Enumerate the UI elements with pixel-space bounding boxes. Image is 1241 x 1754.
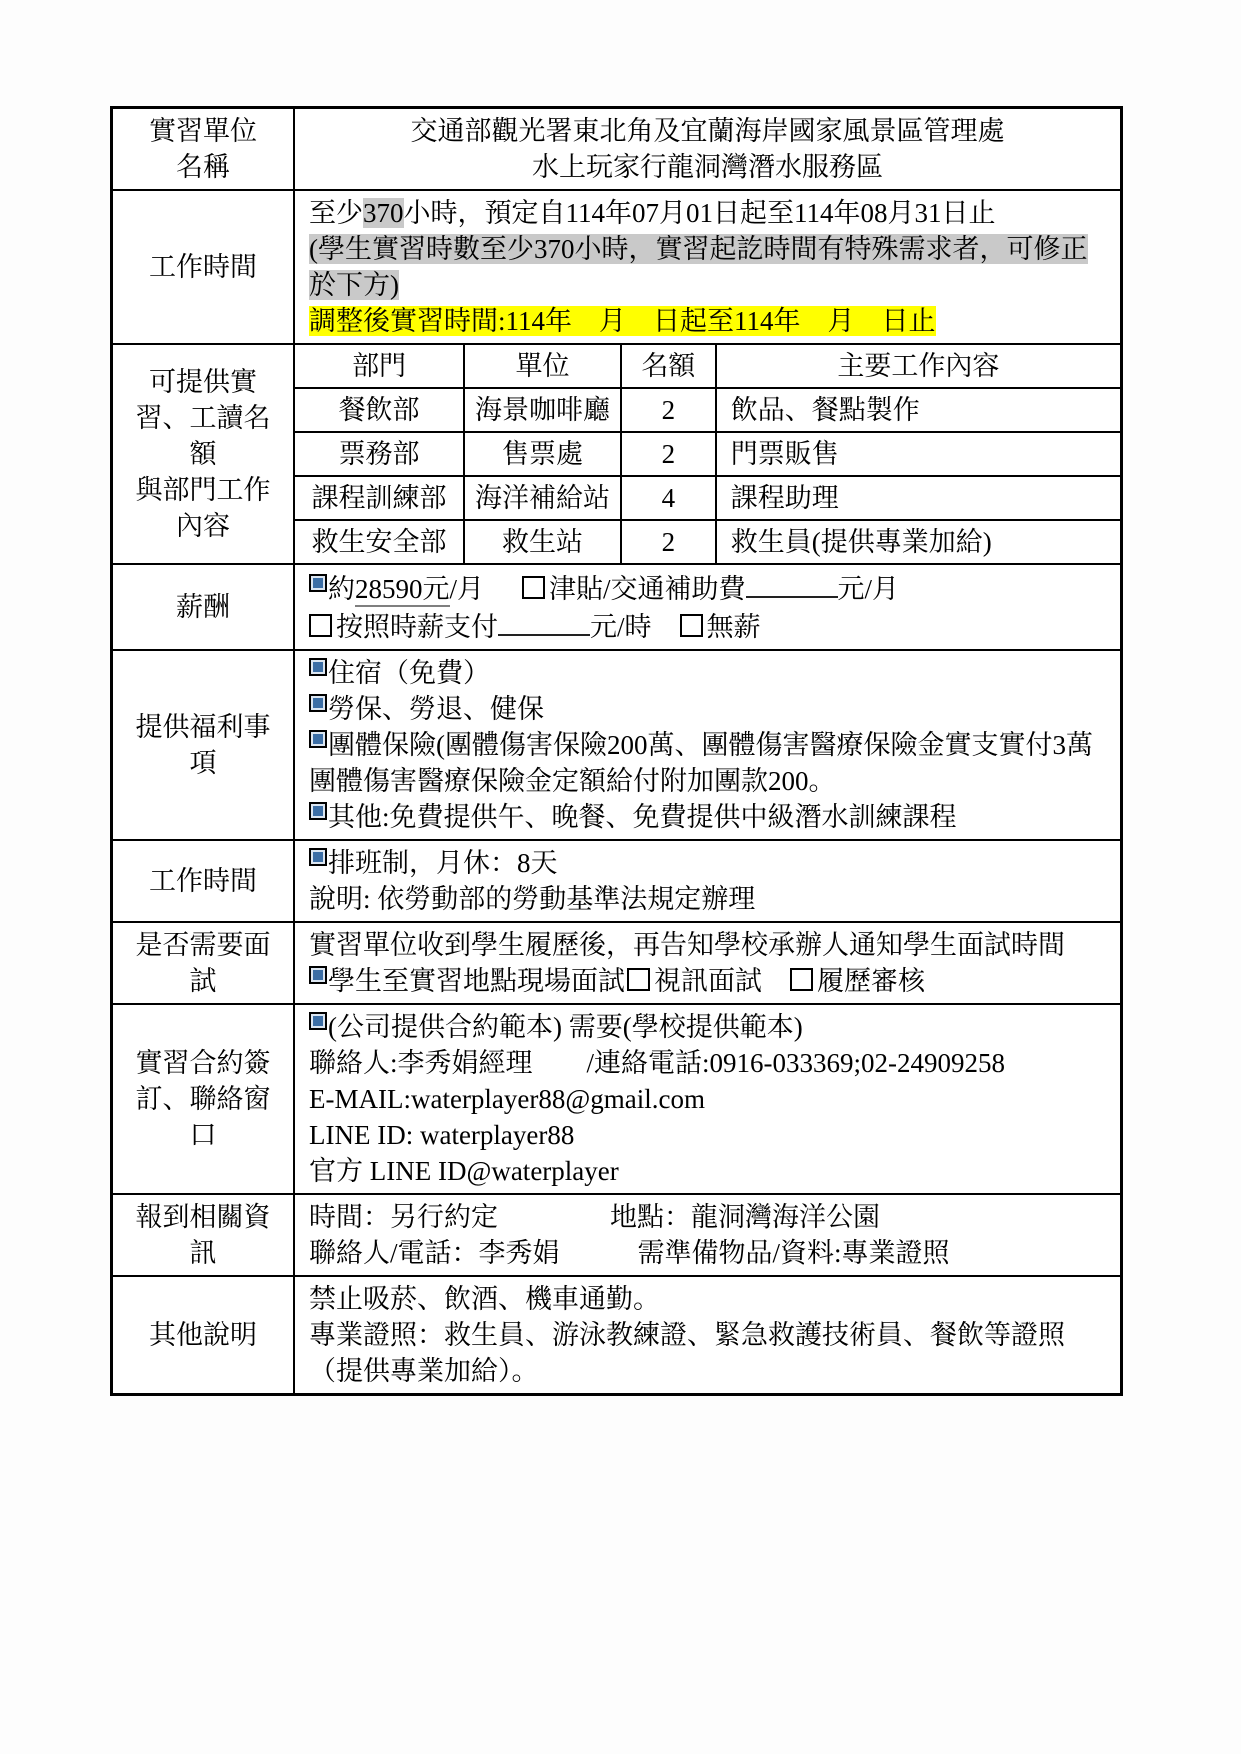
checkbox-empty-icon <box>627 968 650 991</box>
count-cell: 2 <box>621 432 716 476</box>
allowance-unit: 元/月 <box>838 574 900 604</box>
label-line: 是否需要面 <box>115 927 291 963</box>
checkbox-empty-icon <box>680 614 703 637</box>
other-line2: 專業證照：救生員、游泳教練證、緊急救護技術員、餐飲等證照（提供專業加給）。 <box>309 1317 1112 1389</box>
report-label: 報到相關資 訊 <box>112 1194 295 1276</box>
checkbox-checked-icon <box>309 694 327 712</box>
salary-per-month: /月 <box>450 574 485 604</box>
document-page: 實習單位 名稱 交通部觀光署東北角及宜蘭海岸國家風景區管理處 水上玩家行龍洞灣潛… <box>0 0 1241 1754</box>
col-header-duty: 主要工作內容 <box>716 345 1120 388</box>
col-header-count: 名額 <box>621 345 716 388</box>
row-work-schedule: 工作時間 排班制，月休：8天 說明: 依勞動部的勞動基準法規定辦理 <box>112 840 1122 922</box>
other-line1: 禁止吸菸、飲酒、機車通勤。 <box>309 1281 1112 1317</box>
col-header-unit: 單位 <box>464 345 621 388</box>
report-items-needed: 需準備物品/資料:專業證照 <box>638 1238 950 1268</box>
schedule-item: 排班制，月休：8天 <box>309 845 1112 881</box>
row-quota-departments: 可提供實 習、工讀名 額 與部門工作 內容 部門 單位 名額 主要工作內容 餐飲… <box>112 344 1122 564</box>
unit-name-line1: 交通部觀光署東北角及宜蘭海岸國家風景區管理處 <box>303 113 1112 149</box>
row-unit-name: 實習單位 名稱 交通部觀光署東北角及宜蘭海岸國家風景區管理處 水上玩家行龍洞灣潛… <box>112 108 1122 191</box>
adjusted-time-line: 調整後實習時間:114年 月 日起至114年 月 日止 <box>309 303 1112 339</box>
dept-cell: 票務部 <box>295 432 464 476</box>
quota-value: 部門 單位 名額 主要工作內容 餐飲部 海景咖啡廳 2 飲品、餐點製作 票務部 … <box>294 344 1122 564</box>
checkbox-checked-icon <box>309 658 327 676</box>
row-interview: 是否需要面 試 實習單位收到學生履歷後，再告知學校承辦人通知學生面試時間 學生至… <box>112 922 1122 1004</box>
unit-cell: 海景咖啡廳 <box>464 388 621 432</box>
checkbox-empty-icon <box>309 614 332 637</box>
checkbox-empty-icon <box>522 576 545 599</box>
interview-resume: 履歷審核 <box>817 966 925 996</box>
checkbox-checked-icon <box>309 730 327 748</box>
salary-line2: 按照時薪支付元/時無薪 <box>309 607 1112 645</box>
hourly-unit: 元/時 <box>590 612 652 642</box>
label-line: 項 <box>115 745 291 781</box>
duty-cell: 課程助理 <box>716 476 1120 520</box>
interview-desc: 實習單位收到學生履歷後，再告知學校承辦人通知學生面試時間 <box>309 927 1112 963</box>
benefit-text: 勞保、勞退、健保 <box>328 694 544 724</box>
label-line: 習、工讀名 <box>115 400 291 436</box>
checkbox-checked-icon <box>309 1012 327 1030</box>
dept-cell: 餐飲部 <box>295 388 464 432</box>
checkbox-checked-icon <box>309 848 327 866</box>
allowance-label: 津貼/交通補助費 <box>549 574 746 604</box>
hourly-label: 按照時薪支付 <box>336 612 498 642</box>
label-line: 口 <box>115 1117 291 1153</box>
work-time-label: 工作時間 <box>112 190 295 344</box>
department-row: 救生安全部 救生站 2 救生員(提供專業加給) <box>295 520 1120 563</box>
label-line: 訊 <box>115 1235 291 1271</box>
salary-approx: 約 <box>328 574 355 604</box>
label-line: 訂、聯絡窗 <box>115 1081 291 1117</box>
salary-value: 約28590元/月津貼/交通補助費元/月 按照時薪支付元/時無薪 <box>294 564 1122 650</box>
report-place: 地點：龍洞灣海洋公園 <box>610 1202 880 1232</box>
unit-name-value: 交通部觀光署東北角及宜蘭海岸國家風景區管理處 水上玩家行龍洞灣潛水服務區 <box>294 108 1122 191</box>
benefit-item: 團體保險(團體傷害保險200萬、團體傷害醫療保險金實支實付3萬團體傷害醫療保險金… <box>309 727 1112 799</box>
unit-cell: 售票處 <box>464 432 621 476</box>
row-benefits: 提供福利事 項 住宿（免費） 勞保、勞退、健保 團體保險(團體傷害保險200萬、… <box>112 650 1122 840</box>
benefit-item: 住宿（免費） <box>309 655 1112 691</box>
internship-form-table: 實習單位 名稱 交通部觀光署東北角及宜蘭海岸國家風景區管理處 水上玩家行龍洞灣潛… <box>110 106 1123 1396</box>
official-line-id-line: 官方 LINE ID@waterplayer <box>309 1153 1112 1189</box>
interview-value: 實習單位收到學生履歷後，再告知學校承辦人通知學生面試時間 學生至實習地點現場面試… <box>294 922 1122 1004</box>
label-line: 額 <box>115 436 291 472</box>
salary-amount: 28590元 <box>355 574 450 607</box>
label-line: 實習單位 <box>115 113 291 149</box>
interview-video: 視訊面試 <box>654 966 762 996</box>
schedule-note: 說明: 依勞動部的勞動基準法規定辦理 <box>309 881 1112 917</box>
benefit-text: 團體保險(團體傷害保險200萬、團體傷害醫療保險金實支實付3萬團體傷害醫療保險金… <box>309 730 1093 796</box>
duty-cell: 救生員(提供專業加給) <box>716 520 1120 563</box>
unit-name-label: 實習單位 名稱 <box>112 108 295 191</box>
allowance-blank <box>746 569 838 598</box>
hours-highlighted: 370 <box>363 198 404 228</box>
period-text: 小時，預定自114年07月01日起至114年08月31日止 <box>404 198 996 228</box>
email-line: E-MAIL:waterplayer88@gmail.com <box>309 1081 1112 1117</box>
label-line: 提供福利事 <box>115 709 291 745</box>
benefit-item: 勞保、勞退、健保 <box>309 691 1112 727</box>
unit-cell: 救生站 <box>464 520 621 563</box>
checkbox-empty-icon <box>790 968 813 991</box>
interview-options: 學生至實習地點現場面試視訊面試履歷審核 <box>309 963 1112 999</box>
department-row: 票務部 售票處 2 門票販售 <box>295 432 1120 476</box>
work-schedule-value: 排班制，月休：8天 說明: 依勞動部的勞動基準法規定辦理 <box>294 840 1122 922</box>
report-value: 時間：另行約定地點：龍洞灣海洋公園 聯絡人/電話：李秀娟需準備物品/資料:專業證… <box>294 1194 1122 1276</box>
note-highlighted: (學生實習時數至少370小時，實習起訖時間有特殊需求者，可修正於下方) <box>309 234 1088 300</box>
work-time-note: (學生實習時數至少370小時，實習起訖時間有特殊需求者，可修正於下方) <box>309 231 1112 303</box>
department-table: 部門 單位 名額 主要工作內容 餐飲部 海景咖啡廳 2 飲品、餐點製作 票務部 … <box>295 345 1120 563</box>
label-line: 工作時間 <box>115 863 291 899</box>
label-line: 名稱 <box>115 149 291 185</box>
no-pay-label: 無薪 <box>707 612 761 642</box>
duty-cell: 飲品、餐點製作 <box>716 388 1120 432</box>
label-line: 工作時間 <box>115 249 291 285</box>
contract-template-line: (公司提供合約範本) 需要(學校提供範本) <box>309 1009 1112 1045</box>
unit-cell: 海洋補給站 <box>464 476 621 520</box>
row-contract-contact: 實習合約簽 訂、聯絡窗 口 (公司提供合約範本) 需要(學校提供範本) 聯絡人:… <box>112 1004 1122 1194</box>
row-work-time-period: 工作時間 至少370小時，預定自114年07月01日起至114年08月31日止 … <box>112 190 1122 344</box>
unit-name-line2: 水上玩家行龍洞灣潛水服務區 <box>303 149 1112 185</box>
count-cell: 2 <box>621 388 716 432</box>
department-row: 課程訓練部 海洋補給站 4 課程助理 <box>295 476 1120 520</box>
report-time: 時間：另行約定 <box>309 1202 498 1232</box>
hours-prefix: 至少 <box>309 198 363 228</box>
report-line1: 時間：另行約定地點：龍洞灣海洋公園 <box>309 1199 1112 1235</box>
line-id-line: LINE ID: waterplayer88 <box>309 1117 1112 1153</box>
benefit-item: 其他:免費提供午、晚餐、免費提供中級潛水訓練課程 <box>309 799 1112 835</box>
report-contact: 聯絡人/電話：李秀娟 <box>309 1238 560 1268</box>
contract-label: 實習合約簽 訂、聯絡窗 口 <box>112 1004 295 1194</box>
salary-label: 薪酬 <box>112 564 295 650</box>
benefit-text: 其他:免費提供午、晚餐、免費提供中級潛水訓練課程 <box>328 802 957 832</box>
row-salary: 薪酬 約28590元/月津貼/交通補助費元/月 按照時薪支付元/時無薪 <box>112 564 1122 650</box>
interview-onsite: 學生至實習地點現場面試 <box>328 966 625 996</box>
contact-person-line: 聯絡人:李秀娟經理 /連絡電話:0916-033369;02-24909258 <box>309 1045 1112 1081</box>
count-cell: 4 <box>621 476 716 520</box>
report-line2: 聯絡人/電話：李秀娟需準備物品/資料:專業證照 <box>309 1235 1112 1271</box>
label-line: 其他說明 <box>115 1317 291 1353</box>
label-line: 內容 <box>115 508 291 544</box>
contract-value: (公司提供合約範本) 需要(學校提供範本) 聯絡人:李秀娟經理 /連絡電話:09… <box>294 1004 1122 1194</box>
other-value: 禁止吸菸、飲酒、機車通勤。 專業證照：救生員、游泳教練證、緊急救護技術員、餐飲等… <box>294 1276 1122 1395</box>
schedule-text: 排班制，月休：8天 <box>328 848 558 878</box>
label-line: 報到相關資 <box>115 1199 291 1235</box>
department-header-row: 部門 單位 名額 主要工作內容 <box>295 345 1120 388</box>
checkbox-checked-icon <box>309 966 327 984</box>
label-line: 試 <box>115 963 291 999</box>
count-cell: 2 <box>621 520 716 563</box>
label-line: 與部門工作 <box>115 472 291 508</box>
label-line: 可提供實 <box>115 364 291 400</box>
quota-label: 可提供實 習、工讀名 額 與部門工作 內容 <box>112 344 295 564</box>
work-time-value: 至少370小時，預定自114年07月01日起至114年08月31日止 (學生實習… <box>294 190 1122 344</box>
col-header-dept: 部門 <box>295 345 464 388</box>
label-line: 薪酬 <box>115 589 291 625</box>
dept-cell: 課程訓練部 <box>295 476 464 520</box>
interview-label: 是否需要面 試 <box>112 922 295 1004</box>
duty-cell: 門票販售 <box>716 432 1120 476</box>
work-time-line1: 至少370小時，預定自114年07月01日起至114年08月31日止 <box>309 195 1112 231</box>
dept-cell: 救生安全部 <box>295 520 464 563</box>
benefit-text: 住宿（免費） <box>328 658 490 688</box>
checkbox-checked-icon <box>309 574 327 592</box>
benefits-label: 提供福利事 項 <box>112 650 295 840</box>
salary-line1: 約28590元/月津貼/交通補助費元/月 <box>309 569 1112 607</box>
benefits-value: 住宿（免費） 勞保、勞退、健保 團體保險(團體傷害保險200萬、團體傷害醫療保險… <box>294 650 1122 840</box>
label-line: 實習合約簽 <box>115 1045 291 1081</box>
row-report-info: 報到相關資 訊 時間：另行約定地點：龍洞灣海洋公園 聯絡人/電話：李秀娟需準備物… <box>112 1194 1122 1276</box>
row-other-notes: 其他說明 禁止吸菸、飲酒、機車通勤。 專業證照：救生員、游泳教練證、緊急救護技術… <box>112 1276 1122 1395</box>
department-row: 餐飲部 海景咖啡廳 2 飲品、餐點製作 <box>295 388 1120 432</box>
checkbox-checked-icon <box>309 802 327 820</box>
adjusted-time-highlighted: 調整後實習時間:114年 月 日起至114年 月 日止 <box>309 306 936 336</box>
other-label: 其他說明 <box>112 1276 295 1395</box>
work-schedule-label: 工作時間 <box>112 840 295 922</box>
hourly-blank <box>498 607 590 636</box>
contract-template-text: (公司提供合約範本) 需要(學校提供範本) <box>328 1012 803 1042</box>
